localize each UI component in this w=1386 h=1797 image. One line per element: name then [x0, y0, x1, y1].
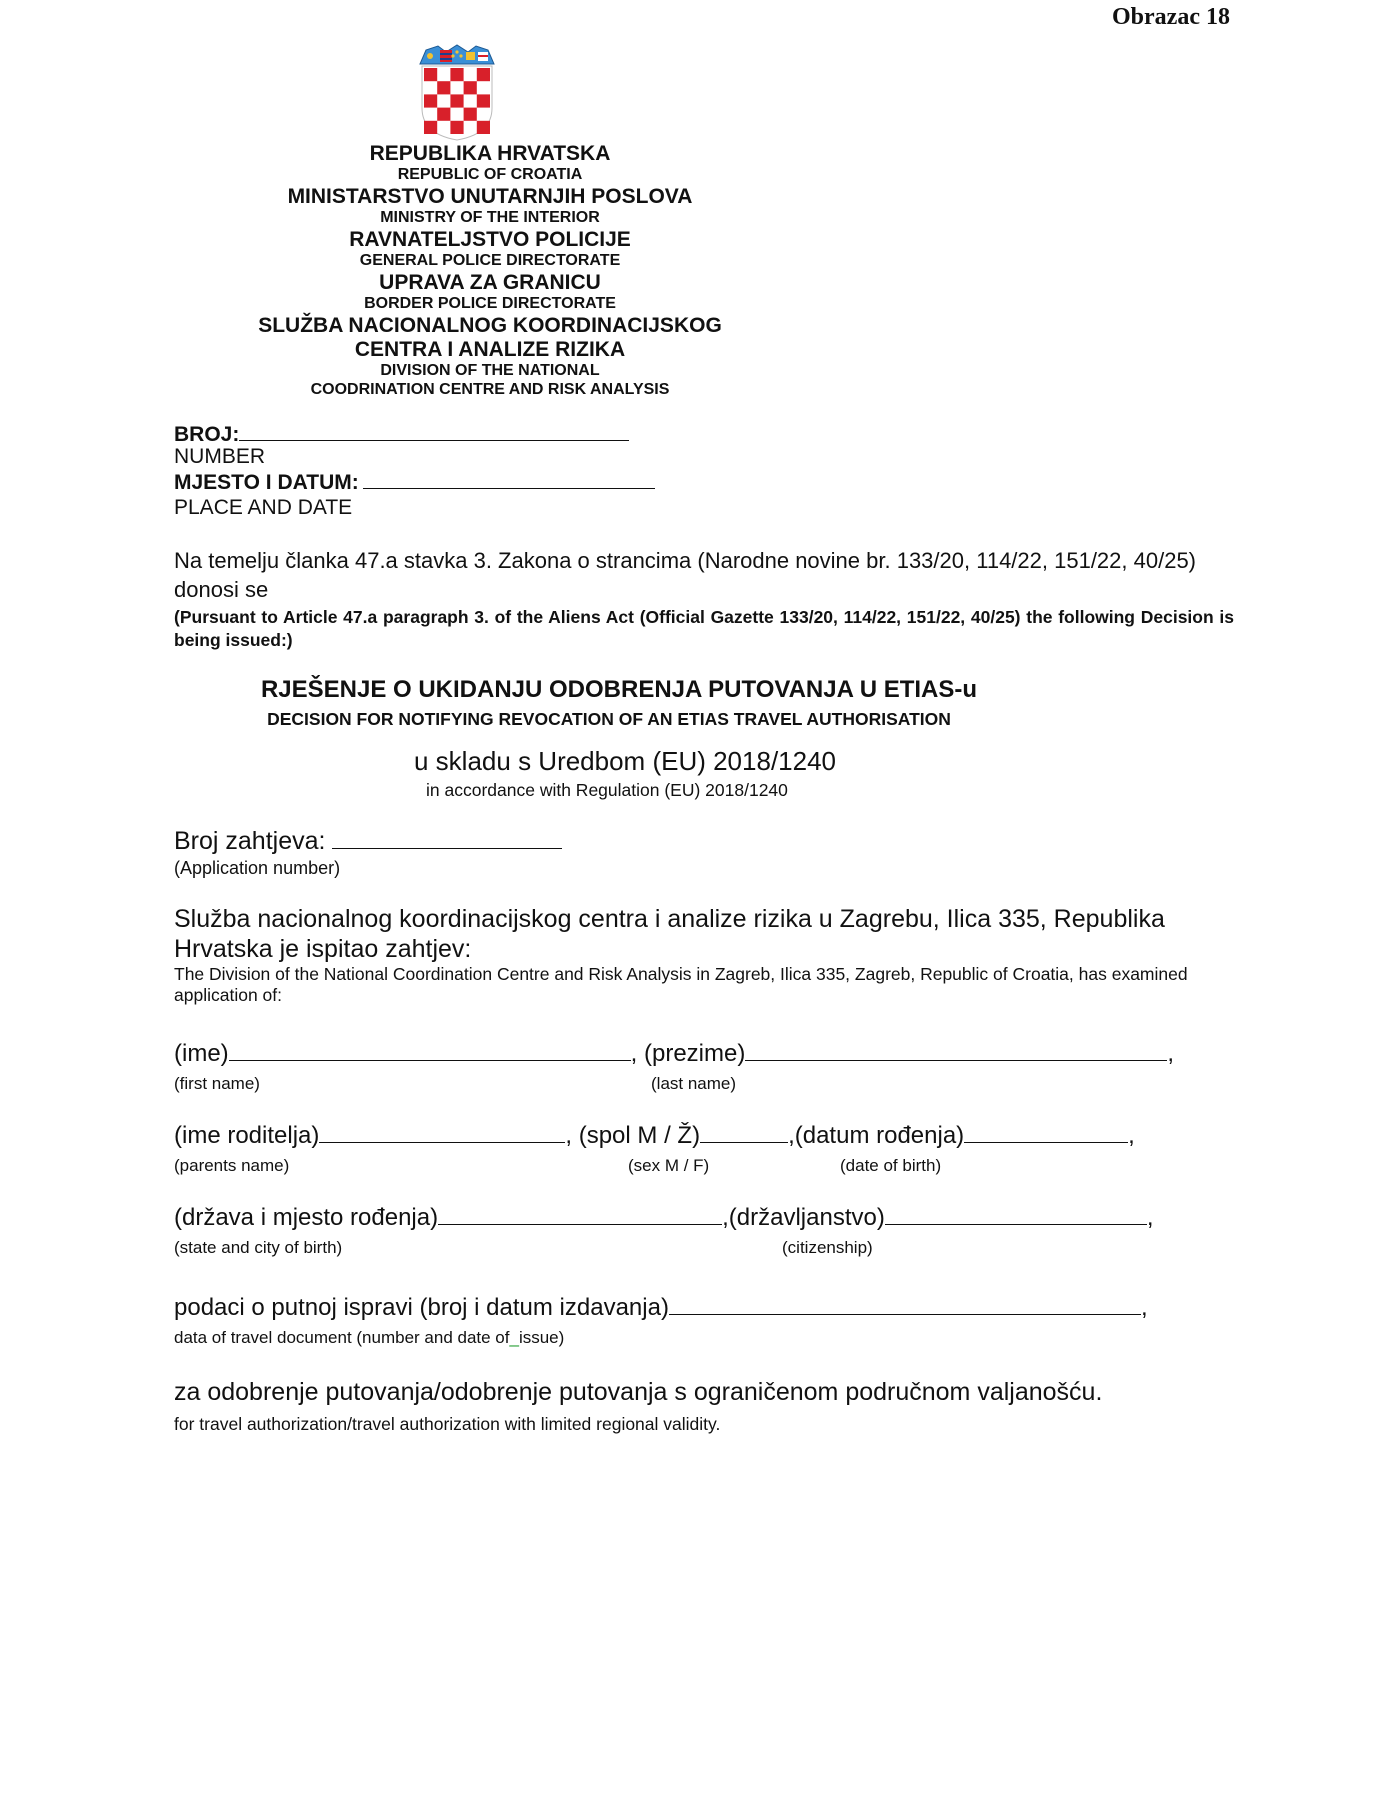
header-line: REPUBLIC OF CROATIA — [0, 166, 980, 184]
separator: , — [722, 1204, 729, 1231]
first-name-label: (ime) — [174, 1040, 229, 1067]
citizenship-label: (državljanstvo) — [729, 1204, 885, 1231]
header-line: SLUŽBA NACIONALNOG KOORDINACIJSKOG — [0, 314, 980, 338]
decision-title: RJEŠENJE O UKIDANJU ODOBRENJA PUTOVANJA … — [0, 676, 1312, 704]
legal-basis-en: (Pursuant to Article 47.a paragraph 3. o… — [174, 606, 1234, 652]
birth-place-label-en: (state and city of birth) — [174, 1238, 342, 1258]
travel-document-label-en: data of travel document (number and date… — [174, 1328, 564, 1348]
separator: , — [1128, 1122, 1135, 1149]
application-number-input[interactable] — [332, 826, 562, 849]
separator: , — [788, 1122, 795, 1149]
travel-document-label-en-text: data of travel document (number and date… — [174, 1328, 509, 1347]
croatian-coat-of-arms-icon — [416, 42, 498, 142]
separator: , — [1147, 1204, 1154, 1231]
header-line: CENTRA I ANALIZE RIZIKA — [0, 338, 980, 362]
header-line: MINISTARSTVO UNUTARNJIH POSLOVA — [0, 185, 980, 209]
header-line: MINISTRY OF THE INTERIOR — [0, 209, 980, 227]
date-of-birth-label: (datum rođenja) — [795, 1122, 964, 1149]
travel-document-label: podaci o putnoj ispravi (broj i datum iz… — [174, 1294, 669, 1321]
edit-mark: _ — [509, 1328, 518, 1347]
place-date-input[interactable] — [363, 469, 655, 489]
header-line: UPRAVA ZA GRANICU — [0, 271, 980, 295]
separator: , — [631, 1040, 644, 1067]
separator: , — [1167, 1040, 1174, 1067]
parent-sex-dob-row: (ime roditelja), (spol M / Ž),(datum rođ… — [174, 1122, 1135, 1150]
last-name-input[interactable] — [745, 1041, 1167, 1061]
number-label-en: NUMBER — [174, 445, 265, 469]
number-label: BROJ: — [174, 423, 239, 446]
header-line: COODRINATION CENTRE AND RISK ANALYSIS — [0, 381, 980, 399]
sex-label: (spol M / Ž) — [579, 1122, 700, 1149]
application-number-label-en: (Application number) — [174, 858, 340, 879]
reference-number-row: BROJ: — [174, 421, 629, 447]
header-line: DIVISION OF THE NATIONAL — [0, 362, 980, 380]
sex-label-en: (sex M / F) — [628, 1156, 709, 1176]
travel-document-input[interactable] — [669, 1295, 1141, 1315]
header-line: BORDER POLICE DIRECTORATE — [0, 295, 980, 313]
scope-hr: za odobrenje putovanja/odobrenje putovan… — [174, 1378, 1102, 1407]
decision-title-en: DECISION FOR NOTIFYING REVOCATION OF AN … — [0, 709, 1302, 730]
place-date-label-en: PLACE AND DATE — [174, 496, 352, 520]
examined-hr: Služba nacionalnog koordinacijskog centr… — [174, 904, 1244, 964]
citizenship-label-en: (citizenship) — [782, 1238, 873, 1258]
separator: , — [1141, 1294, 1148, 1321]
separator: , — [565, 1122, 578, 1149]
parents-name-label-en: (parents name) — [174, 1156, 289, 1176]
place-date-row: MJESTO I DATUM: — [174, 469, 655, 495]
examined-en: The Division of the National Coordinatio… — [174, 964, 1244, 1006]
header-line: REPUBLIKA HRVATSKA — [0, 142, 980, 166]
header-line: RAVNATELJSTVO POLICIJE — [0, 228, 980, 252]
travel-document-row: podaci o putnoj ispravi (broj i datum iz… — [174, 1294, 1148, 1322]
parents-name-label: (ime roditelja) — [174, 1122, 319, 1149]
scope-en: for travel authorization/travel authoriz… — [174, 1414, 720, 1435]
travel-document-label-en-text: issue) — [519, 1328, 564, 1347]
number-input[interactable] — [239, 421, 629, 441]
citizenship-input[interactable] — [885, 1205, 1147, 1225]
regulation-en: in accordance with Regulation (EU) 2018/… — [426, 780, 788, 801]
first-name-input[interactable] — [229, 1041, 631, 1061]
sex-input[interactable] — [700, 1123, 788, 1143]
date-of-birth-label-en: (date of birth) — [840, 1156, 941, 1176]
form-number: Obrazac 18 — [1112, 4, 1230, 31]
regulation-hr: u skladu s Uredbom (EU) 2018/1240 — [414, 746, 836, 777]
application-number-label: Broj zahtjeva: — [174, 827, 325, 855]
last-name-label: (prezime) — [644, 1040, 745, 1067]
parents-name-input[interactable] — [319, 1123, 565, 1143]
legal-basis-hr: Na temelju članka 47.a stavka 3. Zakona … — [174, 546, 1234, 604]
date-of-birth-input[interactable] — [964, 1123, 1128, 1143]
place-date-label: MJESTO I DATUM: — [174, 471, 359, 494]
application-number-row: Broj zahtjeva: — [174, 826, 562, 856]
first-name-label-en: (first name) — [174, 1074, 260, 1094]
header-line: GENERAL POLICE DIRECTORATE — [0, 252, 980, 270]
birth-place-input[interactable] — [438, 1205, 722, 1225]
last-name-label-en: (last name) — [651, 1074, 736, 1094]
name-row: (ime), (prezime), — [174, 1040, 1174, 1068]
birth-place-label: (država i mjesto rođenja) — [174, 1204, 438, 1231]
birth-citizenship-row: (država i mjesto rođenja),(državljanstvo… — [174, 1204, 1154, 1232]
